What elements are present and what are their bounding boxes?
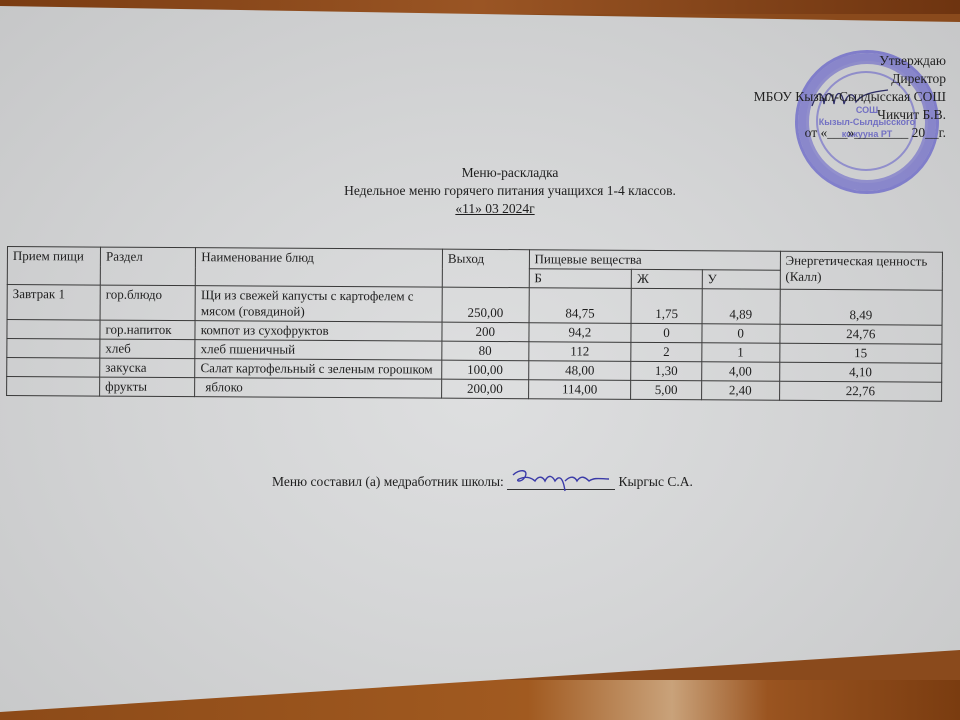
cell-dish: компот из сухофруктов	[195, 321, 442, 342]
cell-dish: яблоко	[195, 378, 442, 399]
cell-carbs: 2,40	[701, 381, 779, 400]
menu-table: Прием пищи Раздел Наименование блюд Выхо…	[6, 246, 943, 402]
approval-director-name: Чикчит Б.В.	[754, 106, 946, 124]
cell-protein: 48,00	[528, 361, 631, 381]
header-fat: Ж	[632, 269, 702, 288]
cell-meal	[7, 339, 100, 359]
approval-school: МБОУ Кызыл-Сылдысская СОШ	[754, 88, 946, 106]
cell-meal: Завтрак 1	[7, 285, 100, 321]
cell-carbs: 4,89	[702, 289, 780, 324]
cell-energy: 24,76	[780, 324, 943, 344]
cell-carbs: 1	[702, 343, 780, 362]
cell-protein: 94,2	[529, 323, 632, 343]
cell-carbs: 4,00	[701, 362, 779, 381]
compiled-by-line: Меню составил (а) медработник школы: Кыр…	[272, 474, 693, 490]
table-row: Завтрак 1 гор.блюдо Щи из свежей капусты…	[7, 285, 942, 326]
document-subtitle: Недельное меню горячего питания учащихся…	[0, 182, 960, 200]
header-yield: Выход	[442, 249, 529, 288]
cell-fat: 2	[631, 342, 701, 361]
header-section: Раздел	[100, 247, 195, 286]
cell-yield: 80	[442, 341, 529, 361]
compiled-by-label: Меню составил (а) медработник школы:	[272, 474, 504, 489]
header-meal: Прием пищи	[7, 247, 100, 286]
table-header-row: Прием пищи Раздел Наименование блюд Выхо…	[7, 247, 942, 272]
cell-section: фрукты	[100, 377, 195, 397]
cell-energy: 8,49	[780, 289, 943, 325]
cell-carbs: 0	[702, 324, 780, 343]
cell-dish: Щи из свежей капусты с картофелем с мясо…	[195, 286, 442, 323]
cell-yield: 100,00	[442, 360, 529, 380]
cell-energy: 22,76	[779, 381, 942, 401]
approval-line-1: Утверждаю	[754, 52, 946, 70]
approval-date: от «___»________ 20__г.	[754, 124, 946, 142]
nurse-name: Кыргыс С.А.	[619, 474, 693, 489]
signature-line	[507, 475, 615, 490]
cell-energy: 15	[779, 343, 942, 363]
cell-protein: 84,75	[529, 288, 632, 324]
header-nutrients: Пищевые вещества	[529, 250, 780, 271]
cell-meal	[7, 377, 100, 397]
cell-protein: 112	[528, 342, 631, 362]
cell-section: хлеб	[100, 339, 195, 359]
cell-fat: 1,75	[631, 288, 702, 323]
document-titles: Меню-раскладка Недельное меню горячего п…	[0, 164, 960, 218]
nurse-signature-icon	[505, 467, 615, 495]
cell-section: гор.блюдо	[100, 285, 195, 321]
cell-meal	[7, 358, 100, 378]
cell-fat: 1,30	[631, 361, 701, 380]
header-carbs: У	[702, 270, 780, 289]
cell-yield: 250,00	[442, 287, 529, 323]
cell-dish: хлеб пшеничный	[195, 340, 442, 361]
cell-fat: 5,00	[631, 380, 701, 399]
document-page: СОШ Кызыл-Сылдысского кожууна РТ Утвержд…	[0, 0, 960, 712]
approval-line-2: Директор	[754, 70, 946, 88]
cell-yield: 200	[442, 322, 529, 342]
cell-dish: Салат картофельный с зеленым горошком	[195, 359, 442, 380]
cell-energy: 4,10	[779, 362, 942, 382]
cell-section: гор.напиток	[100, 320, 195, 340]
document-title: Меню-раскладка	[0, 164, 960, 182]
header-protein: Б	[529, 269, 632, 289]
cell-yield: 200,00	[442, 379, 529, 399]
document-date: «11» 03 2024г	[0, 200, 960, 218]
cell-fat: 0	[631, 323, 701, 342]
header-dish: Наименование блюд	[196, 248, 443, 288]
cell-meal	[7, 320, 100, 340]
approval-block: Утверждаю Директор МБОУ Кызыл-Сылдысская…	[754, 52, 946, 142]
header-energy: Энергетическая ценность (Калл)	[780, 251, 943, 290]
cell-protein: 114,00	[528, 380, 631, 400]
cell-section: закуска	[100, 358, 195, 378]
